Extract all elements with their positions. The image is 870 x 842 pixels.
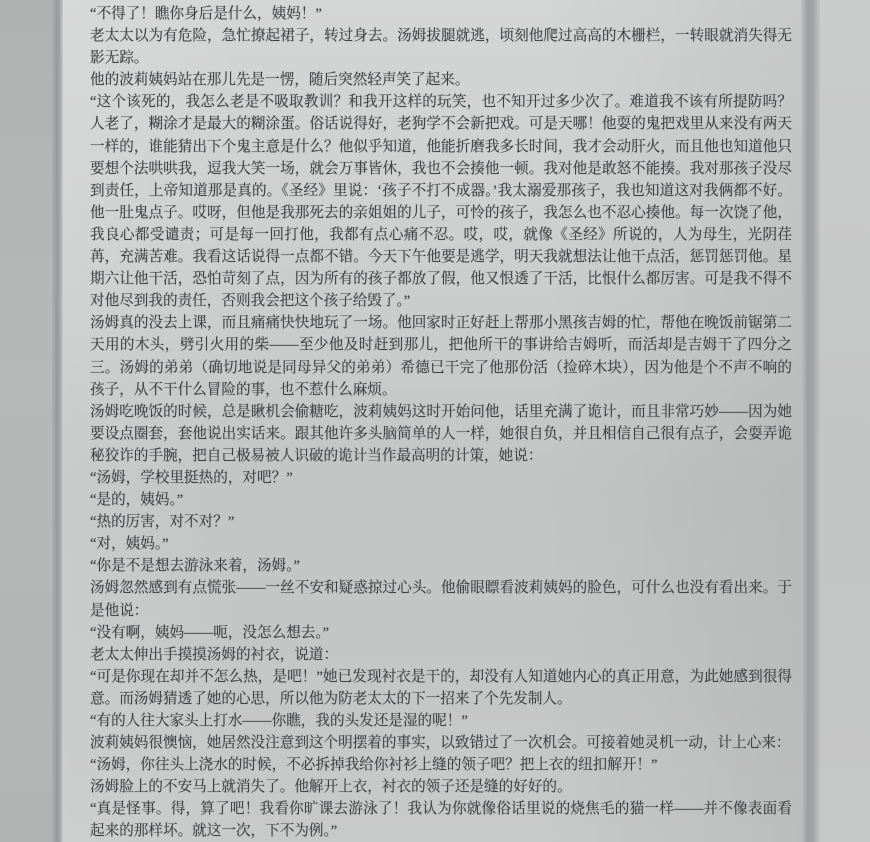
paragraph-15: “可是你现在却并不怎么热，是吧！”她已发现衬衣是干的，却没有人知道她内心的真正用…	[90, 666, 792, 710]
paragraph-17: 波莉姨妈很懊恼，她居然没注意到这个明摆着的事实，以致错过了一次机会。可接着她灵机…	[90, 732, 792, 754]
paragraph-14: 老太太伸出手摸摸汤姆的衬衣，说道：	[90, 644, 792, 666]
reader-view: “不得了！瞧你身后是什么，姨妈！” 老太太以为有危险，急忙撩起裙子，转过身去。汤…	[0, 0, 870, 842]
page-text: “不得了！瞧你身后是什么，姨妈！” 老太太以为有危险，急忙撩起裙子，转过身去。汤…	[90, 3, 792, 842]
paragraph-12: 汤姆忽然感到有点慌张——一丝不安和疑惑掠过心头。他偷眼瞟看波莉姨妈的脸色，可什么…	[90, 577, 792, 621]
paragraph-20: “真是怪事。得，算了吧！我看你旷课去游泳了！我认为你就像俗话里说的烧焦毛的猫一样…	[90, 798, 792, 842]
paragraph-5: 汤姆真的没去上课，而且痛痛快快地玩了一场。他回家时正好赶上帮那小黑孩吉姆的忙，帮…	[90, 312, 792, 400]
book-page: “不得了！瞧你身后是什么，姨妈！” 老太太以为有危险，急忙撩起裙子，转过身去。汤…	[63, 0, 801, 842]
paragraph-10: “对，姨妈。”	[90, 533, 792, 555]
paragraph-18: “汤姆，你往头上浇水的时候，不必拆掉我给你衬衫上缝的领子吧？把上衣的纽扣解开！”	[90, 754, 792, 776]
paragraph-3: 他的波莉姨妈站在那儿先是一愣，随后突然轻声笑了起来。	[90, 69, 792, 91]
paragraph-4: “这个该死的，我怎么老是不吸取教训？和我开这样的玩笑，也不知开过多少次了。难道我…	[90, 91, 792, 312]
paragraph-2: 老太太以为有危险，急忙撩起裙子，转过身去。汤姆拔腿就逃，顷刻他爬过高高的木栅栏，…	[90, 25, 792, 69]
paragraph-13: “没有啊，姨妈——呃，没怎么想去。”	[90, 622, 792, 644]
paragraph-11: “你是不是想去游泳来着，汤姆。”	[90, 555, 792, 577]
paragraph-7: “汤姆，学校里挺热的，对吧？”	[90, 467, 792, 489]
right-gutter	[820, 0, 870, 842]
page-right-edge-shadow	[801, 0, 820, 842]
paragraph-1: “不得了！瞧你身后是什么，姨妈！”	[90, 3, 792, 25]
paragraph-8: “是的，姨妈。”	[90, 489, 792, 511]
left-gutter	[0, 0, 52, 842]
paragraph-9: “热的厉害，对不对？”	[90, 511, 792, 533]
paragraph-19: 汤姆脸上的不安马上就消失了。他解开上衣，衬衣的领子还是缝的好好的。	[90, 776, 792, 798]
paragraph-6: 汤姆吃晚饭的时候，总是瞅机会偷糖吃，波莉姨妈这时开始问他，话里充满了诡计，而且非…	[90, 401, 792, 467]
page-left-edge-shadow	[52, 0, 63, 842]
paragraph-16: “有的人往大家头上打水——你瞧，我的头发还是湿的呢！”	[90, 710, 792, 732]
